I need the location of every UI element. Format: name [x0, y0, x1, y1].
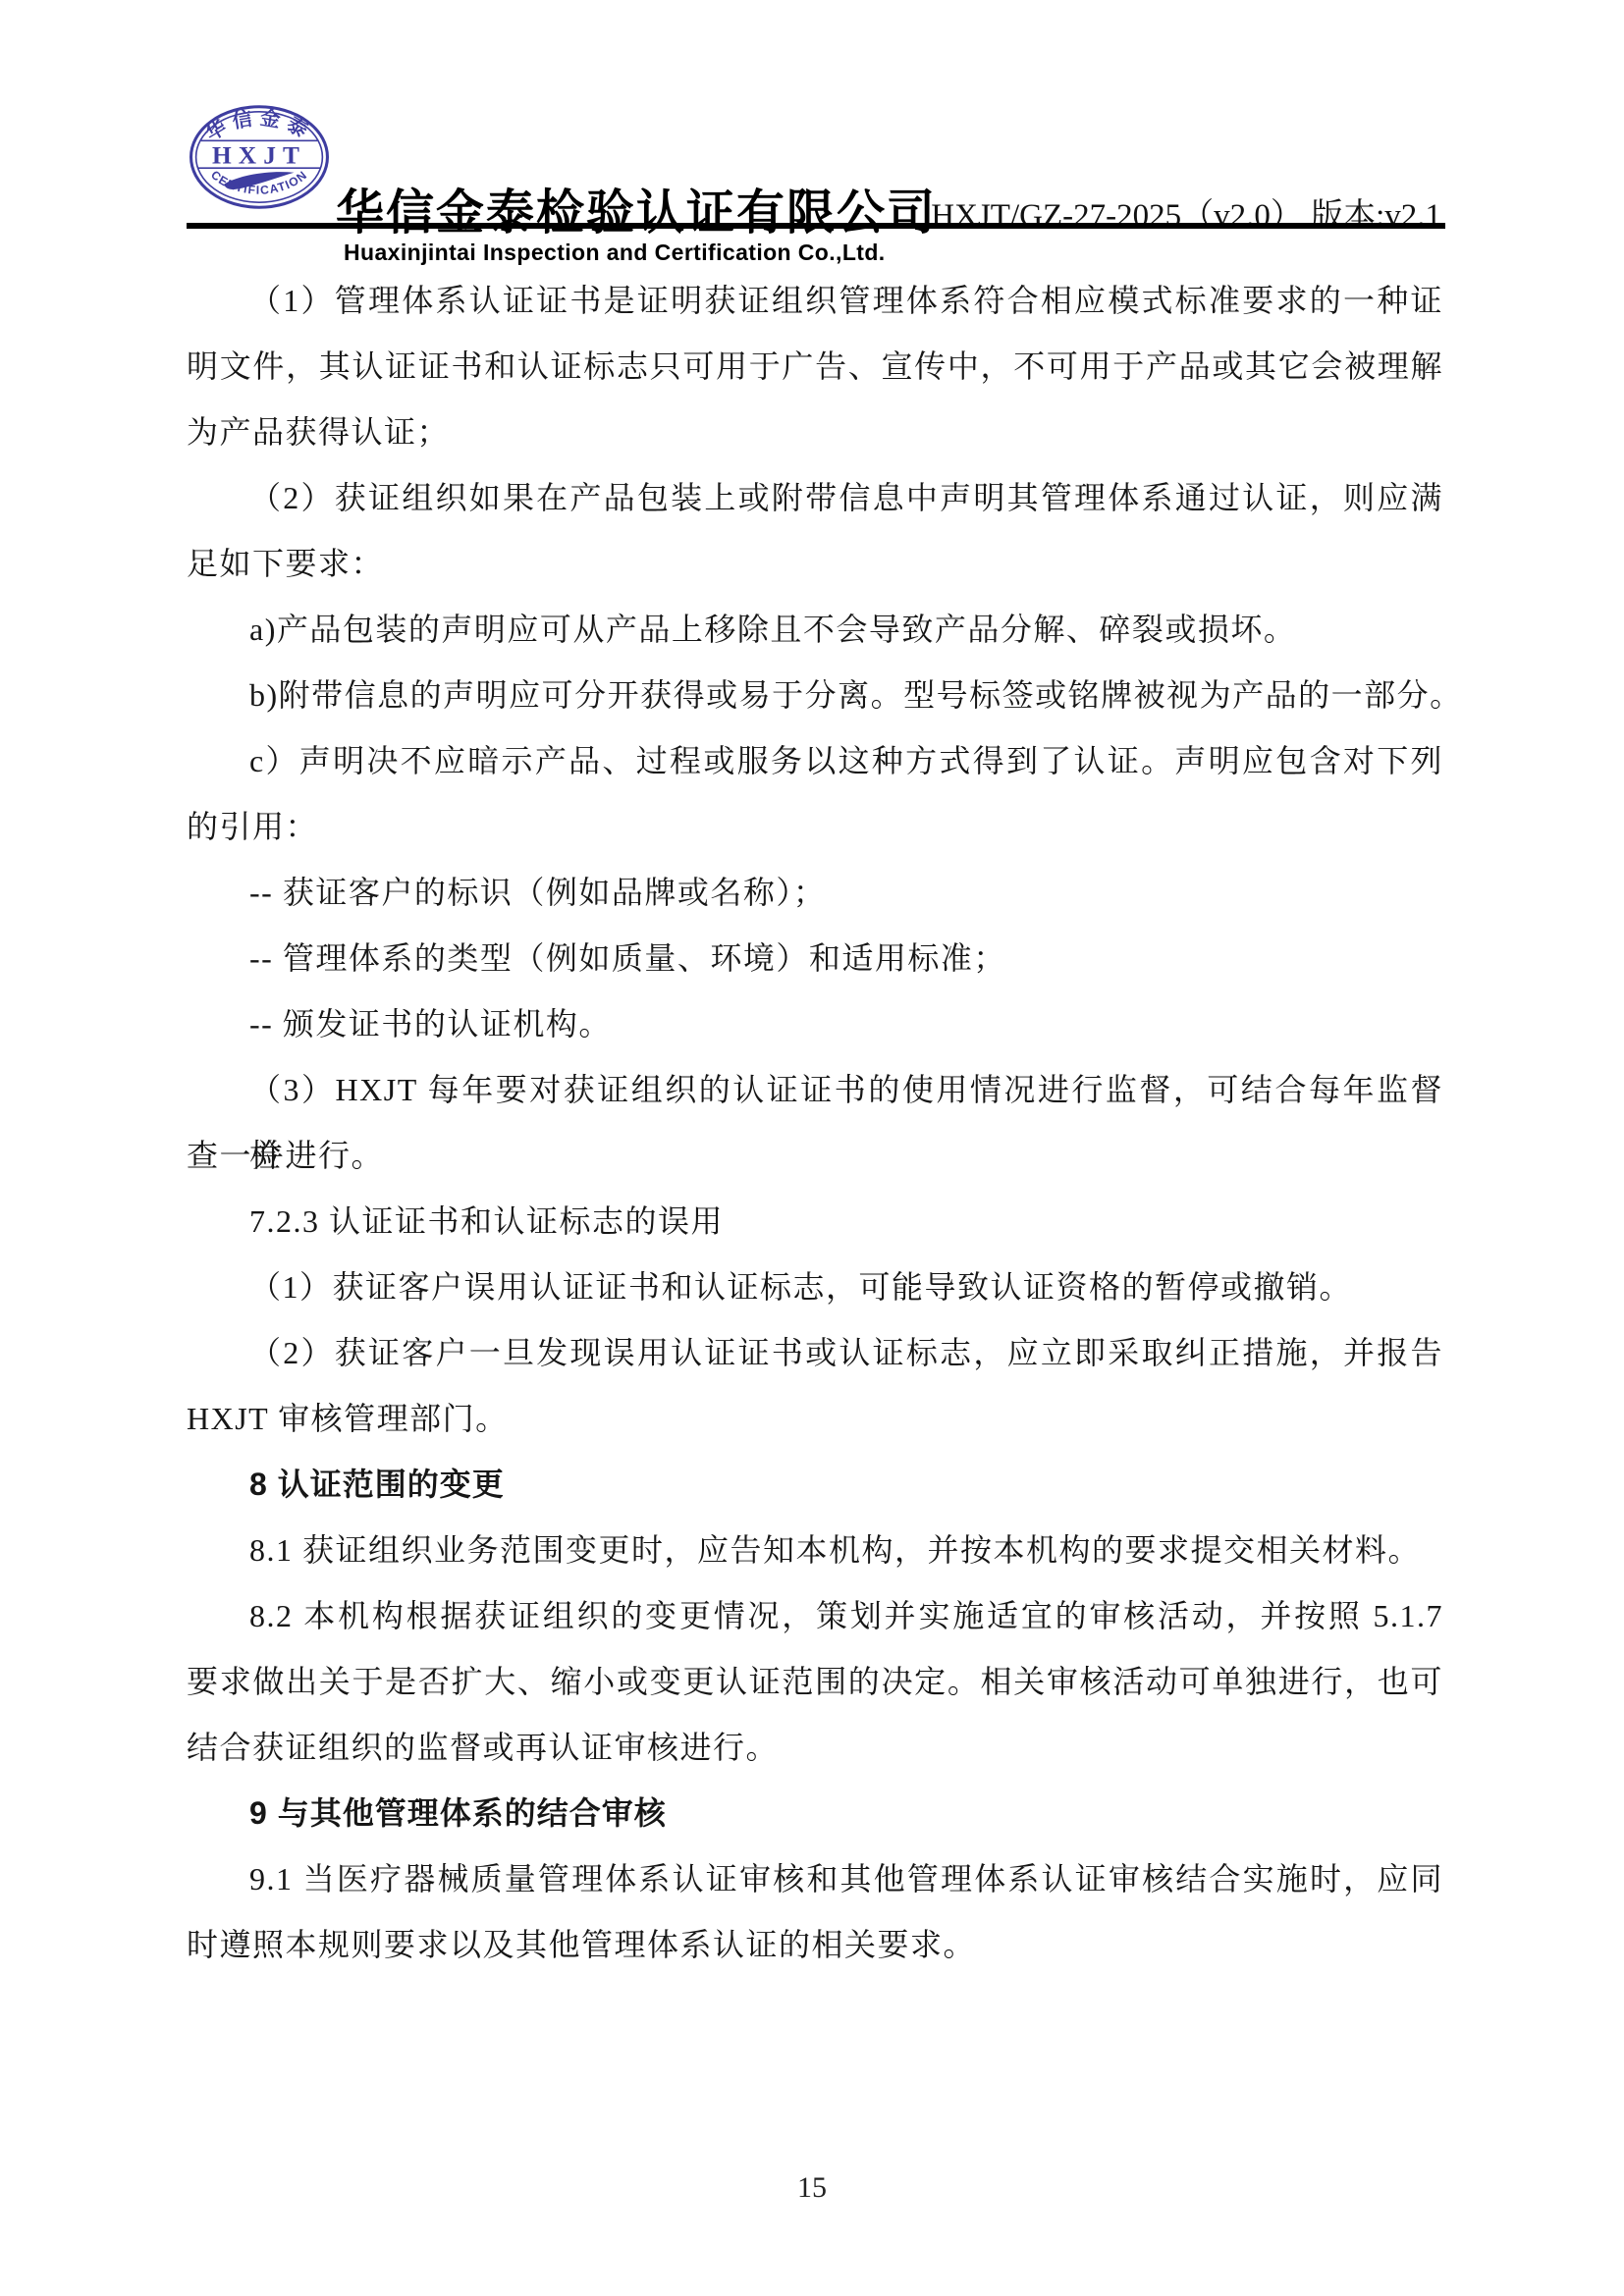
body-line: -- 管理体系的类型（例如质量、环境）和适用标准； [187, 926, 1443, 991]
body-line: 结合获证组织的监督或再认证审核进行。 [187, 1715, 1443, 1781]
body-line: （1）管理体系认证证书是证明获证组织管理体系符合相应模式标准要求的一种证 [187, 268, 1443, 334]
page-number: 15 [797, 2171, 827, 2204]
body-line: 明文件，其认证证书和认证标志只可用于广告、宣传中，不可用于产品或其它会被理解 [187, 334, 1443, 400]
body-line: 要求做出关于是否扩大、缩小或变更认证范围的决定。相关审核活动可单独进行，也可 [187, 1649, 1443, 1715]
body-line: （3）HXJT 每年要对获证组织的认证证书的使用情况进行监督，可结合每年监督检 [187, 1057, 1443, 1123]
body-line: （2）获证客户一旦发现误用认证证书或认证标志，应立即采取纠正措施，并报告 [187, 1320, 1443, 1386]
section-heading: 8 认证范围的变更 [187, 1452, 1443, 1518]
document-body: （1）管理体系认证证书是证明获证组织管理体系符合相应模式标准要求的一种证 明文件… [187, 268, 1443, 1978]
body-line: a)产品包装的声明应可从产品上移除且不会导致产品分解、碎裂或损坏。 [187, 597, 1443, 663]
body-line: 查一并进行。 [187, 1123, 1443, 1189]
logo-initials-text: HXJT [212, 142, 306, 170]
body-line: 8.2 本机构根据获证组织的变更情况，策划并实施适宜的审核活动，并按照 5.1.… [187, 1583, 1443, 1649]
document-page: 华信金泰 HXJT CERTIFICATION 华信金泰检验认证有限公司 HXJ… [0, 0, 1624, 2296]
body-line: 时遵照本规则要求以及其他管理体系认证的相关要求。 [187, 1912, 1443, 1978]
body-line: 的引用： [187, 794, 1443, 860]
body-line: b)附带信息的声明应可分开获得或易于分离。型号标签或铭牌被视为产品的一部分。 [187, 663, 1443, 728]
body-line: （2）获证组织如果在产品包装上或附带信息中声明其管理体系通过认证，则应满 [187, 465, 1443, 531]
body-line: -- 颁发证书的认证机构。 [187, 991, 1443, 1057]
header-divider [187, 223, 1445, 229]
company-name-english: Huaxinjintai Inspection and Certificatio… [344, 240, 886, 266]
company-logo: 华信金泰 HXJT CERTIFICATION [189, 104, 330, 210]
body-line: 7.2.3 认证证书和认证标志的误用 [187, 1189, 1443, 1255]
body-line: HXJT 审核管理部门。 [187, 1386, 1443, 1452]
section-heading: 9 与其他管理体系的结合审核 [187, 1781, 1443, 1846]
body-line: 足如下要求： [187, 531, 1443, 597]
page-footer: 15 [0, 2171, 1624, 2205]
body-line: 8.1 获证组织业务范围变更时，应告知本机构，并按本机构的要求提交相关材料。 [187, 1518, 1443, 1583]
company-name-chinese: 华信金泰检验认证有限公司 [336, 175, 937, 243]
body-line: c）声明决不应暗示产品、过程或服务以这种方式得到了认证。声明应包含对下列 [187, 728, 1443, 794]
body-line: （1）获证客户误用认证证书和认证标志，可能导致认证资格的暂停或撤销。 [187, 1255, 1443, 1320]
body-line: 为产品获得认证； [187, 400, 1443, 465]
body-line: 9.1 当医疗器械质量管理体系认证审核和其他管理体系认证审核结合实施时，应同 [187, 1846, 1443, 1912]
body-line: -- 获证客户的标识（例如品牌或名称）； [187, 860, 1443, 926]
